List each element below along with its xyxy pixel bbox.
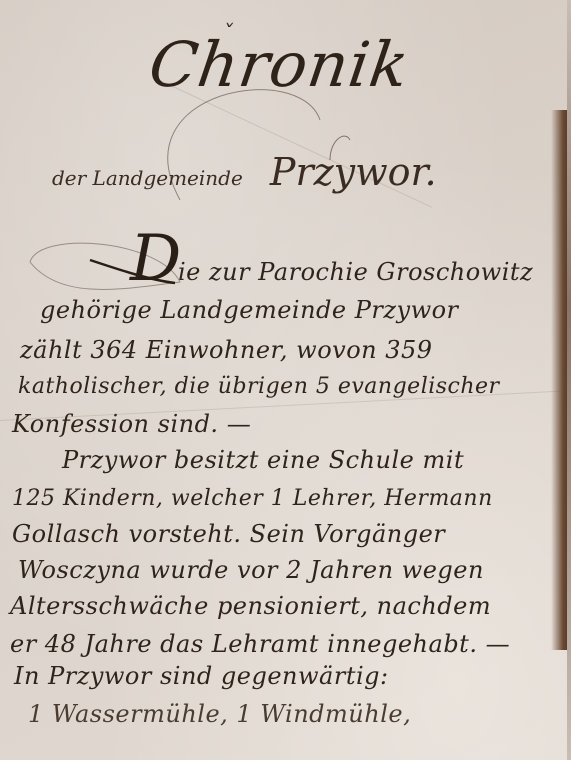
page-edge: [567, 0, 571, 760]
manuscript-page: ˇ Chronik der Landgemeinde Przywor. D ie…: [0, 0, 571, 760]
text-line: 1 Wassermühle, 1 Windmühle,: [28, 700, 411, 728]
text-line: er 48 Jahre das Lehramt innegehabt. —: [10, 630, 510, 658]
text-line: ie zur Parochie Groschowitz: [178, 258, 533, 286]
drop-cap: D: [130, 222, 181, 296]
document-subtitle: der Landgemeinde Przywor.: [52, 150, 437, 194]
text-line: gehörige Landgemeinde Przywor: [40, 296, 459, 324]
text-line: zählt 364 Einwohner, wovon 359: [20, 336, 433, 364]
text-line: Wosczyna wurde vor 2 Jahren wegen: [18, 556, 484, 584]
text-line: 125 Kindern, welcher 1 Lehrer, Hermann: [12, 486, 493, 511]
document-title: Chronik: [145, 28, 414, 101]
text-line: Przywor besitzt eine Schule mit: [62, 446, 464, 474]
text-line: Altersschwäche pensioniert, nachdem: [10, 592, 491, 620]
text-line: In Przywor sind gegenwärtig:: [14, 662, 389, 690]
subtitle-place: Przywor.: [270, 150, 437, 194]
text-line: Gollasch vorsteht. Sein Vorgänger: [12, 520, 445, 548]
text-line: Konfession sind. —: [12, 410, 251, 438]
subtitle-prefix: der Landgemeinde: [52, 166, 243, 190]
text-line: katholischer, die übrigen 5 evangelische…: [18, 374, 500, 399]
